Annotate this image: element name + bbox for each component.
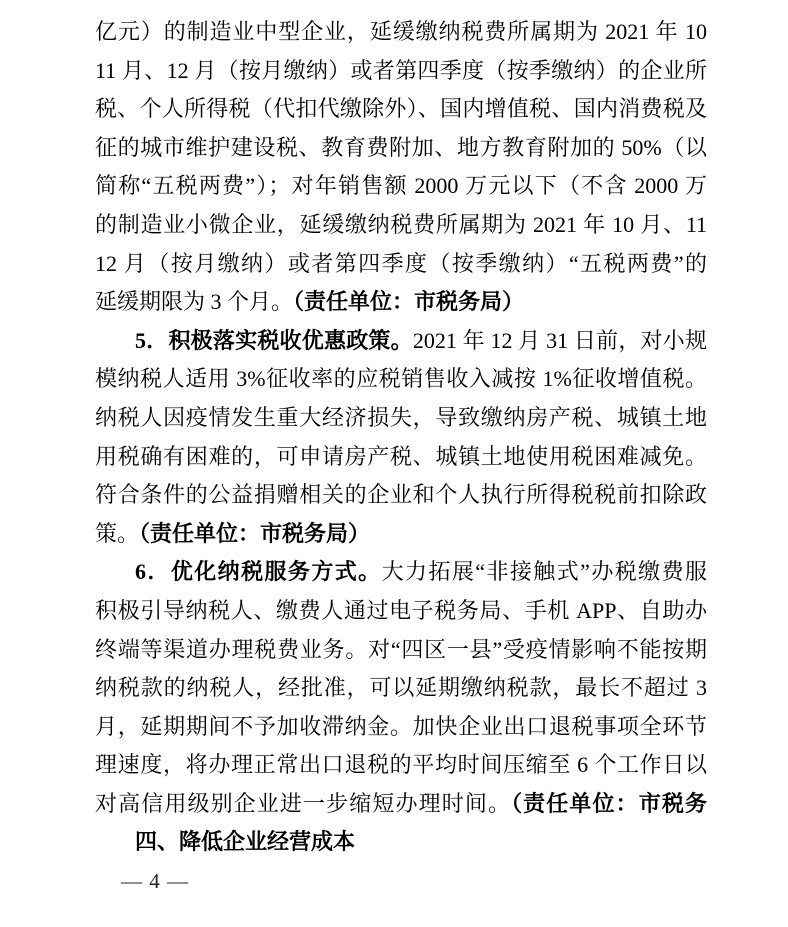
body-text: 模纳税人适用 3%征收率的应税销售收入减按 1%征收增值税。对: [95, 366, 707, 399]
body-text: 策。: [95, 521, 139, 546]
body-text: 纳税人因疫情发生重大经济损失，导致缴纳房产税、城镇土地使: [95, 405, 707, 438]
document-line: 四、降低企业经营成本: [95, 823, 707, 862]
document-line: 6．优化纳税服务方式。大力拓展“非接触式”办税缴费服务，: [95, 553, 707, 592]
document-page: 亿元）的制造业中型企业，延缓缴纳税费所属期为 2021 年 10 月、11 月、…: [0, 0, 788, 927]
body-text: 2021 年 12 月 31 日前，对小规: [413, 328, 707, 353]
body-text: 11 月、12 月（按月缴纳）或者第四季度（按季缴纳）的企业所得: [95, 58, 707, 91]
body-text: 12 月（按月缴纳）或者第四季度（按季缴纳）“五税两费”的 100%，: [95, 251, 707, 284]
responsible-unit-label: （责任单位：市税务局）: [293, 289, 524, 314]
document-line: 12 月（按月缴纳）或者第四季度（按季缴纳）“五税两费”的 100%，: [95, 245, 707, 284]
body-text: 理速度，将办理正常出口退税的平均时间压缩至 6 个工作日以内，: [95, 752, 707, 785]
document-line: 5．积极落实税收优惠政策。2021 年 12 月 31 日前，对小规: [95, 322, 707, 361]
document-line: 模纳税人适用 3%征收率的应税销售收入减按 1%征收增值税。对: [95, 360, 707, 399]
responsible-unit-label: （责任单位：市税务局）: [139, 521, 370, 546]
document-line: 的制造业小微企业，延缓缴纳税费所属期为 2021 年 10 月、11 月、: [95, 206, 707, 245]
document-line: 终端等渠道办理税费业务。对“四区一县”受疫情影响不能按期缴: [95, 631, 707, 670]
body-text: 对高信用级别企业进一步缩短办理时间。: [95, 791, 511, 816]
document-line: 符合条件的公益捐赠相关的企业和个人执行所得税税前扣除政: [95, 476, 707, 515]
document-line: 亿元）的制造业中型企业，延缓缴纳税费所属期为 2021 年 10 月、: [95, 13, 707, 52]
document-line: 理速度，将办理正常出口退税的平均时间压缩至 6 个工作日以内，: [95, 746, 707, 785]
document-line: 税、个人所得税（代扣代缴除外）、国内增值税、国内消费税及附: [95, 90, 707, 129]
document-body: 亿元）的制造业中型企业，延缓缴纳税费所属期为 2021 年 10 月、11 月、…: [95, 13, 707, 862]
page-number: — 4 —: [121, 869, 189, 894]
document-line: 征的城市维护建设税、教育费附加、地方教育附加的 50%（以下: [95, 129, 707, 168]
document-line: 纳税款的纳税人，经批准，可以延期缴纳税款，最长不超过 3 个: [95, 669, 707, 708]
body-text: 的制造业小微企业，延缓缴纳税费所属期为 2021 年 10 月、11 月、: [95, 212, 707, 245]
body-text: 亿元）的制造业中型企业，延缓缴纳税费所属期为 2021 年 10 月、: [95, 19, 707, 52]
section-title: 6．优化纳税服务方式。: [135, 559, 382, 584]
body-text: 符合条件的公益捐赠相关的企业和个人执行所得税税前扣除政: [95, 482, 707, 507]
document-line: 纳税人因疫情发生重大经济损失，导致缴纳房产税、城镇土地使: [95, 399, 707, 438]
body-text: 用税确有困难的，可申请房产税、城镇土地使用税困难减免。对: [95, 444, 707, 477]
document-line: 策。（责任单位：市税务局）: [95, 515, 707, 554]
body-text: 纳税款的纳税人，经批准，可以延期缴纳税款，最长不超过 3 个: [95, 675, 707, 708]
body-text: 征的城市维护建设税、教育费附加、地方教育附加的 50%（以下: [95, 135, 707, 168]
body-text: 延缓期限为 3 个月。: [95, 289, 293, 314]
body-text: 月，延期期间不予加收滞纳金。加快企业出口退税事项全环节办: [95, 714, 707, 747]
document-line: 11 月、12 月（按月缴纳）或者第四季度（按季缴纳）的企业所得: [95, 52, 707, 91]
document-line: 积极引导纳税人、缴费人通过电子税务局、手机 APP、自助办税: [95, 592, 707, 631]
document-line: 延缓期限为 3 个月。（责任单位：市税务局）: [95, 283, 707, 322]
body-text: 简称“五税两费”）；对年销售额 2000 万元以下（不含 2000 万元）: [95, 173, 707, 206]
document-line: 用税确有困难的，可申请房产税、城镇土地使用税困难减免。对: [95, 438, 707, 477]
document-line: 简称“五税两费”）；对年销售额 2000 万元以下（不含 2000 万元）: [95, 167, 707, 206]
document-line: 对高信用级别企业进一步缩短办理时间。（责任单位：市税务局）: [95, 785, 707, 824]
section-title: 5．积极落实税收优惠政策。: [135, 328, 413, 353]
chapter-heading: 四、降低企业经营成本: [135, 829, 355, 854]
body-text: 终端等渠道办理税费业务。对“四区一县”受疫情影响不能按期缴: [95, 637, 707, 670]
body-text: 积极引导纳税人、缴费人通过电子税务局、手机 APP、自助办税: [95, 598, 707, 631]
body-text: 税、个人所得税（代扣代缴除外）、国内增值税、国内消费税及附: [95, 96, 707, 129]
document-line: 月，延期期间不予加收滞纳金。加快企业出口退税事项全环节办: [95, 708, 707, 747]
